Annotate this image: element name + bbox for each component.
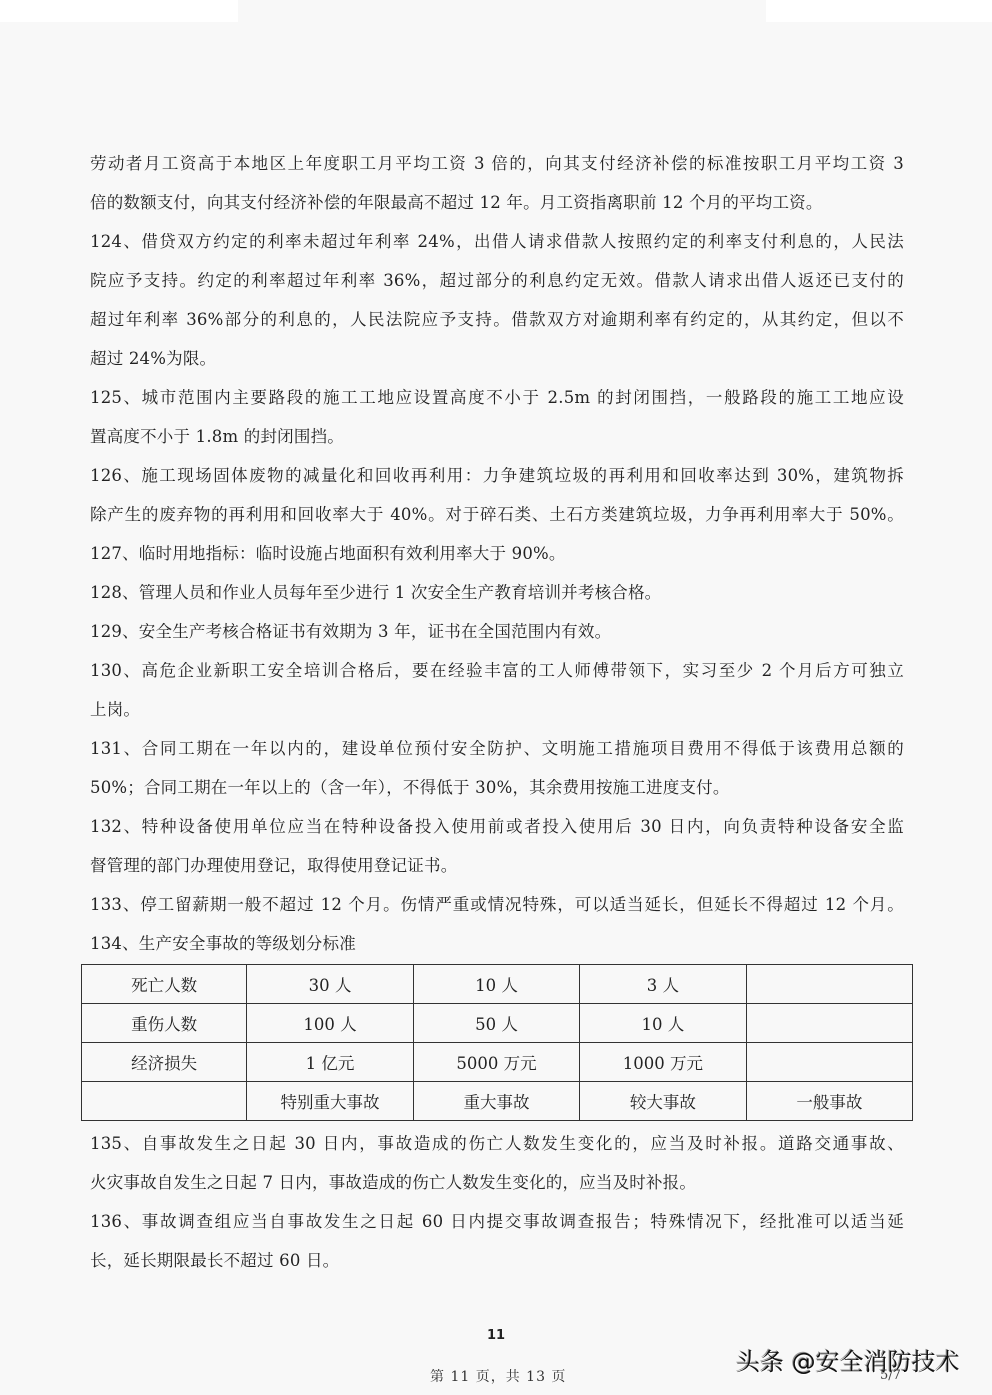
paragraph-line: 127、临时用地指标：临时设施占地面积有效利用率大于 90%。 <box>90 534 566 573</box>
paragraph-line: 置高度不小于 1.8m 的封闭围挡。 <box>90 417 344 456</box>
table-cell: 1000 万元 <box>580 1043 746 1082</box>
grade-label: 较大事故 <box>580 1082 746 1121</box>
paragraph-line: 128、管理人员和作业人员每年至少进行 1 次安全生产教育培训并考核合格。 <box>90 573 661 612</box>
grade-label: 特别重大事故 <box>247 1082 413 1121</box>
paragraph-line: 136、事故调查组应当自事故发生之日起 60 日内提交事故调查报告；特殊情况下，… <box>90 1202 904 1241</box>
page-number: 11 <box>0 1328 992 1343</box>
table-cell: 10 人 <box>580 1004 746 1043</box>
paragraph-line: 超过 24%为限。 <box>90 339 216 378</box>
paragraph-line: 火灾事故自发生之日起 7 日内，事故造成的伤亡人数发生变化的，应当及时补报。 <box>90 1163 696 1202</box>
accident-grade-table: 死亡人数 30 人 10 人 3 人 重伤人数 100 人 50 人 10 人 … <box>81 964 913 1121</box>
paragraph-line: 倍的数额支付，向其支付经济补偿的年限最高不超过 12 年。月工资指离职前 12 … <box>90 183 823 222</box>
paragraph-line: 督管理的部门办理使用登记，取得使用登记证书。 <box>90 846 457 885</box>
top-margin-left <box>0 0 238 22</box>
paragraph-line: 125、城市范围内主要路段的施工工地应设置高度不小于 2.5m 的封闭围挡，一般… <box>90 378 904 417</box>
table-cell: 100 人 <box>247 1004 413 1043</box>
watermark: 头条 @安全消防技术 <box>736 1342 960 1377</box>
table-cell: 30 人 <box>247 965 413 1004</box>
paragraph-line: 130、高危企业新职工安全培训合格后，要在经验丰富的工人师傅带领下，实习至少 2… <box>90 651 904 690</box>
paragraph-line: 院应予支持。约定的利率超过年利率 36%，超过部分的利息约定无效。借款人请求出借… <box>90 261 904 300</box>
table-row: 经济损失 1 亿元 5000 万元 1000 万元 <box>82 1043 913 1082</box>
paragraph-line: 50%；合同工期在一年以上的（含一年），不得低于 30%，其余费用按施工进度支付… <box>90 768 730 807</box>
row-header: 经济损失 <box>82 1043 247 1082</box>
table-cell <box>746 1004 912 1043</box>
paragraph-line: 124、借贷双方约定的利率未超过年利率 24%，出借人请求借款人按照约定的利率支… <box>90 222 904 261</box>
paragraph-line: 131、合同工期在一年以内的，建设单位预付安全防护、文明施工措施项目费用不得低于… <box>90 729 904 768</box>
table-cell: 3 人 <box>580 965 746 1004</box>
table-row: 特别重大事故 重大事故 较大事故 一般事故 <box>82 1082 913 1121</box>
row-header: 死亡人数 <box>82 965 247 1004</box>
paragraph-line: 126、施工现场固体废物的减量化和回收再利用：力争建筑垃圾的再利用和回收率达到 … <box>90 456 904 495</box>
paragraph-line: 129、安全生产考核合格证书有效期为 3 年，证书在全国范围内有效。 <box>90 612 611 651</box>
paragraph-line: 超过年利率 36%部分的利息的，人民法院应予支持。借款双方对逾期利率有约定的，从… <box>90 300 904 339</box>
sub-page-indicator: 5/7 <box>880 1368 901 1383</box>
table-cell: 10 人 <box>413 965 579 1004</box>
paragraph-line: 劳动者月工资高于本地区上年度职工月平均工资 3 倍的，向其支付经济补偿的标准按职… <box>90 144 904 183</box>
page-indicator: 第 11 页，共 13 页 <box>430 1366 566 1386</box>
top-margin-right <box>766 0 992 22</box>
row-header: 重伤人数 <box>82 1004 247 1043</box>
grade-label: 一般事故 <box>746 1082 912 1121</box>
paragraph-line: 除产生的废弃物的再利用和回收率大于 40%。对于碎石类、土石方类建筑垃圾，力争再… <box>90 495 904 534</box>
table-row: 重伤人数 100 人 50 人 10 人 <box>82 1004 913 1043</box>
table-row: 死亡人数 30 人 10 人 3 人 <box>82 965 913 1004</box>
section-heading: 134、生产安全事故的等级划分标准 <box>90 924 356 963</box>
table-cell: 5000 万元 <box>413 1043 579 1082</box>
paragraph-line: 长，延长期限最长不超过 60 日。 <box>90 1241 339 1280</box>
table-cell <box>746 965 912 1004</box>
table-cell: 50 人 <box>413 1004 579 1043</box>
paragraph-line: 133、停工留薪期一般不超过 12 个月。伤情严重或情况特殊，可以适当延长，但延… <box>90 885 904 924</box>
grade-label: 重大事故 <box>413 1082 579 1121</box>
paragraph-line: 上岗。 <box>90 690 140 729</box>
paragraph-line: 132、特种设备使用单位应当在特种设备投入使用前或者投入使用后 30 日内，向负… <box>90 807 904 846</box>
paragraph-line: 135、自事故发生之日起 30 日内，事故造成的伤亡人数发生变化的，应当及时补报… <box>90 1124 904 1163</box>
table-cell <box>746 1043 912 1082</box>
table-cell: 1 亿元 <box>247 1043 413 1082</box>
row-header <box>82 1082 247 1121</box>
